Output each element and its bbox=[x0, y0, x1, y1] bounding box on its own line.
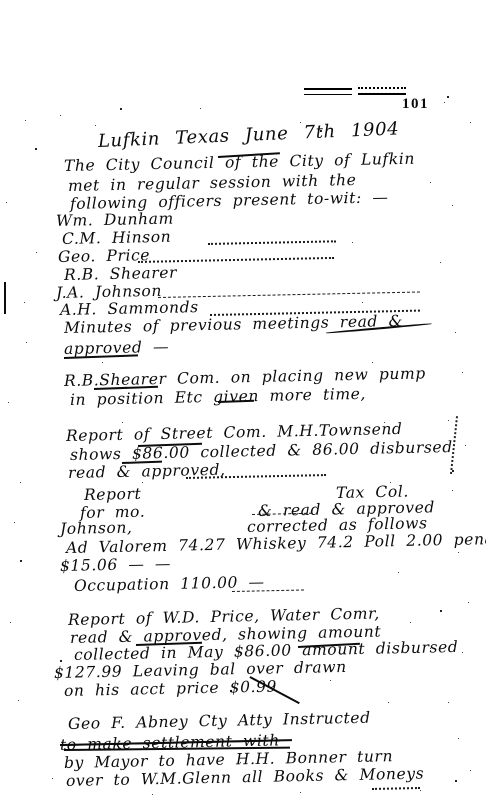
ink-leader-line bbox=[208, 240, 336, 245]
ink-leader-line bbox=[372, 787, 420, 790]
scan-noise-speckles bbox=[0, 0, 2, 2]
minutes-text-line: in position Etc given more time, bbox=[70, 386, 366, 409]
margin-mark bbox=[4, 282, 6, 314]
page-number: 101 bbox=[402, 96, 429, 113]
minutes-text-line: Report bbox=[84, 486, 142, 504]
attendee-name: Geo. Price bbox=[58, 247, 150, 266]
date-line: Lufkin Texas June 7th 1904 bbox=[98, 119, 400, 151]
attendee-name: C.M. Hinson bbox=[62, 229, 172, 248]
ink-leader-line bbox=[232, 589, 304, 592]
ledger-rule-mark bbox=[358, 87, 406, 95]
minutes-text-line: $15.06 — — bbox=[60, 556, 171, 575]
minutes-text-line: Geo F. Abney Cty Atty Instructed bbox=[68, 710, 371, 733]
minutes-text-line: on his acct price $0.99 bbox=[64, 679, 277, 701]
ink-leader-line bbox=[158, 292, 420, 298]
minutes-text-line: read & approved, bbox=[68, 462, 226, 482]
scanned-minutes-page: 101 Lufkin Texas June 7th 1904 The City … bbox=[0, 0, 486, 800]
ledger-rule-mark bbox=[304, 88, 352, 95]
minutes-text-line: Johnson, bbox=[60, 519, 133, 538]
ink-leader-line bbox=[138, 257, 334, 263]
